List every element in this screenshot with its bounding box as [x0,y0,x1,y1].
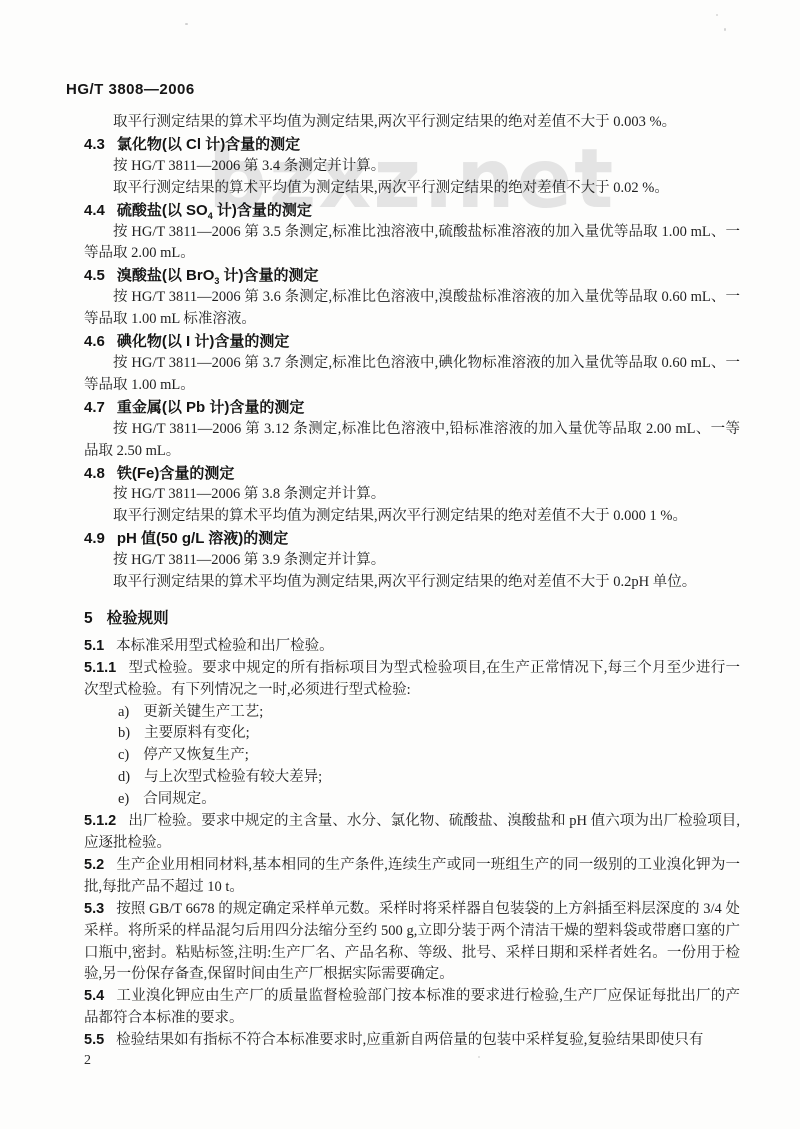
clause-text: 工业溴化钾应由生产厂的质量监督检验部门按本标准的要求进行检验,生产厂应保证每批出… [84,988,740,1026]
clause-title-text: 硫酸盐(以 SO [117,202,208,219]
clause-heading-4-3: 4.3氯化物(以 Cl 计)含量的测定 [84,134,740,156]
clause-text: 生产企业用相同材料,基本相同的生产条件,连续生产或同一班组生产的同一级别的工业溴… [84,857,740,895]
running-head-doc-code: HG/T 3808—2006 [66,81,195,98]
clause-number: 4.4 [84,202,105,219]
clause-5-4: 5.4工业溴化钾应由生产厂的质量监督检验部门按本标准的要求进行检验,生产厂应保证… [84,986,740,1030]
clause-title: 溴酸盐(以 BrO3 计)含量的测定 [117,267,319,284]
clause-5-1-1: 5.1.1型式检验。要求中规定的所有指标项目为型式检验项目,在生产正常情况下,每… [84,658,740,702]
clause-title-text: 计)含量的测定 [219,267,318,284]
clause-title: 碘化物(以 I 计)含量的测定 [117,333,290,350]
clause-number: 5.2 [84,857,104,873]
list-item-d: d)与上次型式检验有较大差异; [84,767,740,789]
list-item-b: b)主要原料有变化; [84,723,740,745]
list-item-text: 停产又恢复生产; [143,747,249,763]
clause-5-2: 5.2生产企业用相同材料,基本相同的生产条件,连续生产或同一班组生产的同一级别的… [84,855,740,899]
clause-number: 4.3 [84,136,105,153]
clause-number: 4.8 [84,465,105,482]
list-item-label: e) [118,791,129,807]
clause-number: 5.1 [84,638,104,654]
clause-text: 型式检验。要求中规定的所有指标项目为型式检验项目,在生产正常情况下,每三个月至少… [84,660,740,698]
list-item-e: e)合同规定。 [84,789,740,811]
clause-number: 4.6 [84,333,105,350]
clause-4-3-paragraph-1: 按 HG/T 3811—2006 第 3.4 条测定并计算。 [84,156,740,178]
list-item-a: a)更新关键生产工艺; [84,702,740,724]
clause-heading-4-5: 4.5溴酸盐(以 BrO3 计)含量的测定 [84,265,740,287]
clause-4-3-paragraph-2: 取平行测定结果的算术平均值为测定结果,两次平行测定结果的绝对差值不大于 0.02… [84,178,740,200]
clause-4-6-paragraph: 按 HG/T 3811—2006 第 3.7 条测定,标准比色溶液中,碘化物标准… [84,353,740,397]
clause-4-5-paragraph: 按 HG/T 3811—2006 第 3.6 条测定,标准比色溶液中,溴酸盐标准… [84,287,740,331]
clause-title: 硫酸盐(以 SO4 计)含量的测定 [117,202,312,219]
chapter-title: 检验规则 [107,610,169,627]
clause-title-text: 溴酸盐(以 BrO [117,267,215,284]
list-item-label: b) [118,725,130,741]
clause-title-text: 计)含量的测定 [213,202,312,219]
scan-speck [478,1056,480,1058]
clause-5-1-2: 5.1.2出厂检验。要求中规定的主含量、水分、氯化物、硫酸盐、溴酸盐和 pH 值… [84,811,740,855]
clause-text: 检验结果如有指标不符合本标准要求时,应重新自两倍量的包装中采样复验,复验结果即使… [116,1032,703,1048]
clause-title: 重金属(以 Pb 计)含量的测定 [117,399,305,416]
list-item-c: c)停产又恢复生产; [84,745,740,767]
clause-title: pH 值(50 g/L 溶液)的测定 [117,530,288,547]
clause-4-4-paragraph: 按 HG/T 3811—2006 第 3.5 条测定,标准比浊溶液中,硫酸盐标准… [84,222,740,266]
clause-text: 按照 GB/T 6678 的规定确定采样单元数。采样时将采样器自包装袋的上方斜插… [84,901,740,983]
chapter-heading-5: 5检验规则 [84,608,740,630]
clause-heading-4-9: 4.9pH 值(50 g/L 溶液)的测定 [84,528,740,550]
clause-5-1: 5.1本标准采用型式检验和出厂检验。 [84,636,740,658]
document-page: bzxz.net HG/T 3808—2006 取平行测定结果的算术平均值为测定… [0,0,800,1129]
clause-5-5: 5.5检验结果如有指标不符合本标准要求时,应重新自两倍量的包装中采样复验,复验结… [84,1030,740,1052]
clause-4-7-paragraph: 按 HG/T 3811—2006 第 3.12 条测定,标准比色溶液中,铅标准溶… [84,419,740,463]
list-item-text: 合同规定。 [143,791,216,807]
clause-4-9-paragraph-2: 取平行测定结果的算术平均值为测定结果,两次平行测定结果的绝对差值不大于 0.2p… [84,572,740,594]
clause-title: 铁(Fe)含量的测定 [117,465,235,482]
list-item-text: 主要原料有变化; [144,725,250,741]
scan-speck [724,28,726,31]
clause-4-8-paragraph-1: 按 HG/T 3811—2006 第 3.8 条测定并计算。 [84,484,740,506]
clause-number: 4.7 [84,399,105,416]
clause-number: 4.5 [84,267,105,284]
document-content: 取平行测定结果的算术平均值为测定结果,两次平行测定结果的绝对差值不大于 0.00… [84,112,740,1052]
page-number: 2 [84,1053,91,1069]
clause-4-2-continuation-paragraph: 取平行测定结果的算术平均值为测定结果,两次平行测定结果的绝对差值不大于 0.00… [84,112,740,134]
clause-heading-4-8: 4.8铁(Fe)含量的测定 [84,463,740,485]
chapter-number: 5 [84,610,93,627]
clause-number: 5.4 [84,988,104,1004]
clause-text: 出厂检验。要求中规定的主含量、水分、氯化物、硫酸盐、溴酸盐和 pH 值六项为出厂… [84,813,740,851]
clause-number: 5.1.1 [84,660,116,676]
clause-heading-4-6: 4.6碘化物(以 I 计)含量的测定 [84,331,740,353]
clause-number: 4.9 [84,530,105,547]
clause-5-3: 5.3按照 GB/T 6678 的规定确定采样单元数。采样时将采样器自包装袋的上… [84,899,740,987]
clause-text: 本标准采用型式检验和出厂检验。 [116,638,334,654]
clause-heading-4-7: 4.7重金属(以 Pb 计)含量的测定 [84,397,740,419]
clause-number: 5.5 [84,1032,104,1048]
clause-title: 氯化物(以 Cl 计)含量的测定 [117,136,300,153]
clause-4-8-paragraph-2: 取平行测定结果的算术平均值为测定结果,两次平行测定结果的绝对差值不大于 0.00… [84,506,740,528]
clause-heading-4-4: 4.4硫酸盐(以 SO4 计)含量的测定 [84,200,740,222]
list-item-text: 更新关键生产工艺; [143,704,263,720]
scan-speck [716,14,718,16]
list-item-label: d) [118,769,130,785]
clause-number: 5.3 [84,901,104,917]
clause-4-9-paragraph-1: 按 HG/T 3811—2006 第 3.9 条测定并计算。 [84,550,740,572]
list-item-label: c) [118,747,129,763]
list-item-label: a) [118,704,129,720]
list-item-text: 与上次型式检验有较大差异; [144,769,322,785]
clause-number: 5.1.2 [84,813,116,829]
scan-speck [185,23,188,25]
